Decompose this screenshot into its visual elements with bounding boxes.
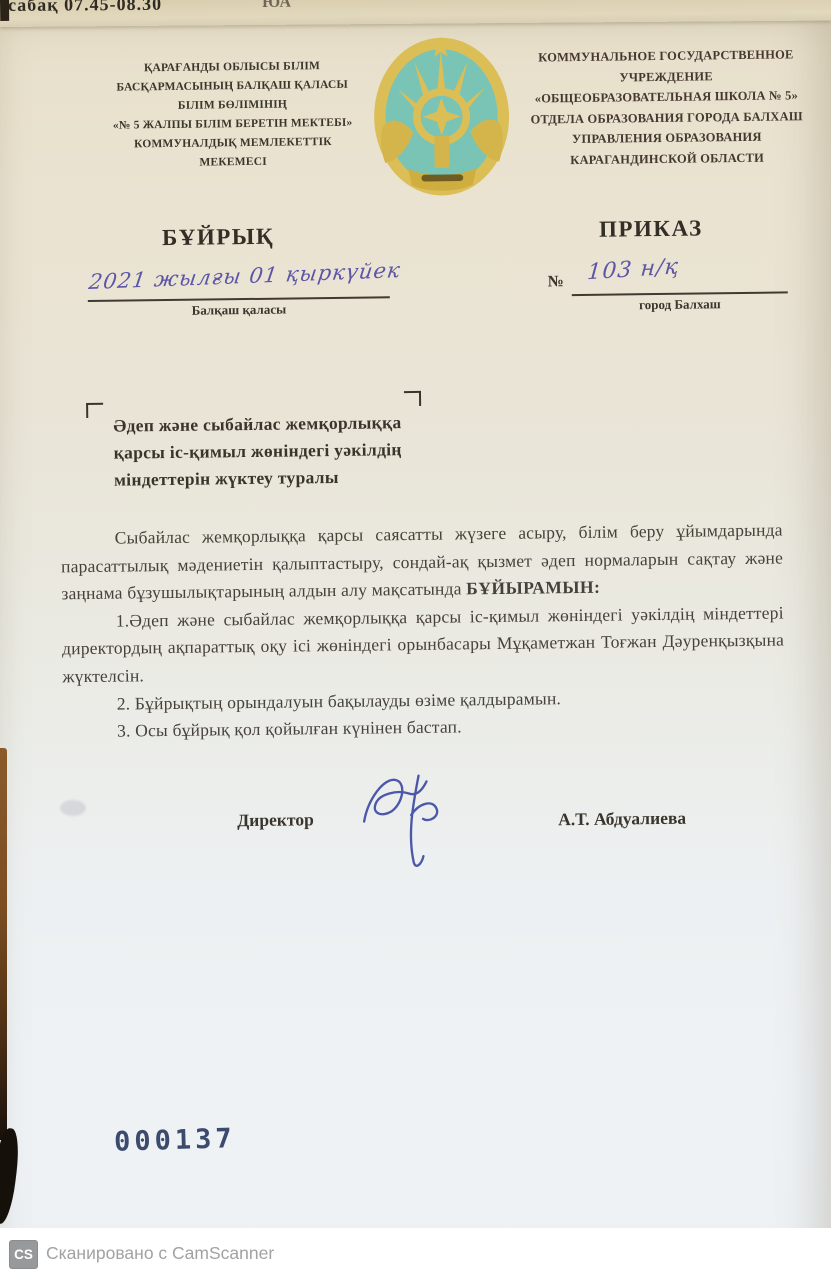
order-title-line: Әдеп және сыбайлас жемқорлыққа <box>113 408 463 439</box>
order-heading-kazakh: БҰЙРЫҚ <box>162 224 274 251</box>
camscanner-logo-icon: CS <box>9 1240 38 1269</box>
kazakhstan-emblem <box>365 32 519 207</box>
order-body: Сыбайлас жемқорлыққа қарсы саясатты жүзе… <box>61 517 786 747</box>
org-line: «№ 5 ЖАЛПЫ БІЛІМ БЕРЕТІН МЕКТЕБІ» <box>82 113 384 136</box>
org-line: КАРАГАНДИНСКОЙ ОБЛАСТИ <box>514 147 820 171</box>
order-heading-russian: ПРИКАЗ <box>599 215 703 242</box>
camscanner-watermark-text: Сканировано с CamScanner <box>46 1243 274 1264</box>
intro-text: Сыбайлас жемқорлыққа қарсы саясатты жүзе… <box>61 520 783 604</box>
number-field: 103 н/қ <box>571 253 787 296</box>
order-item: 1.Әдеп және сыбайлас жемқорлыққа қарсы і… <box>62 599 785 691</box>
org-line: МЕКЕМЕСІ <box>82 151 384 174</box>
org-line: ОТДЕЛА ОБРАЗОВАНИЯ ГОРОДА БАЛХАШ <box>514 106 820 130</box>
title-corner-bracket-left <box>86 403 103 418</box>
handwritten-date: 2021 жылғы 01 қыркүйек <box>87 258 402 294</box>
signature-role: Директор <box>237 809 314 831</box>
signature-name: А.Т. Абдуалиева <box>558 808 686 831</box>
camscanner-bar: CS Сканировано с CamScanner <box>0 1228 831 1280</box>
handwritten-number: 103 н/қ <box>586 254 680 285</box>
intro-command: БҰЙЫРАМЫН: <box>466 577 600 599</box>
place-label-russian: город Балхаш <box>572 295 788 314</box>
order-title-line: қарсы іс-қимыл жөніндегі уәкілдің <box>114 435 464 466</box>
stamp-number: 000137 <box>114 1123 236 1158</box>
signature-icon <box>353 759 472 868</box>
order-title-line: міндеттерін жүктеу туралы <box>114 462 464 493</box>
document-content: ҚАРАҒАНДЫ ОБЛЫСЫ БІЛІМ БАСҚАРМАСЫНЫҢ БАЛ… <box>0 0 831 1280</box>
signature-stroke <box>353 759 472 873</box>
order-title: Әдеп және сыбайлас жемқорлыққа қарсы іс-… <box>113 408 464 493</box>
number-label: № <box>548 273 564 291</box>
org-name-russian: КОММУНАЛЬНОЕ ГОСУДАРСТВЕННОЕ УЧРЕЖДЕНИЕ … <box>513 44 820 171</box>
intro-paragraph: Сыбайлас жемқорлыққа қарсы саясатты жүзе… <box>61 517 784 609</box>
title-corner-bracket-right <box>404 391 421 406</box>
scanned-document: сабақ 07.45-08.30 ЮА ҚАРАҒАНДЫ ОБЛЫСЫ БІ… <box>0 0 831 1280</box>
date-field: 2021 жылғы 01 қыркүйек <box>87 258 389 302</box>
org-name-kazakh: ҚАРАҒАНДЫ ОБЛЫСЫ БІЛІМ БАСҚАРМАСЫНЫҢ БАЛ… <box>81 56 384 174</box>
coat-of-arms-icon <box>365 32 519 202</box>
org-line: КОММУНАЛЬНОЕ ГОСУДАРСТВЕННОЕ <box>513 44 819 68</box>
place-label-kazakh: Балқаш қаласы <box>88 300 390 320</box>
org-line: БАСҚАРМАСЫНЫҢ БАЛҚАШ ҚАЛАСЫ <box>81 75 383 98</box>
